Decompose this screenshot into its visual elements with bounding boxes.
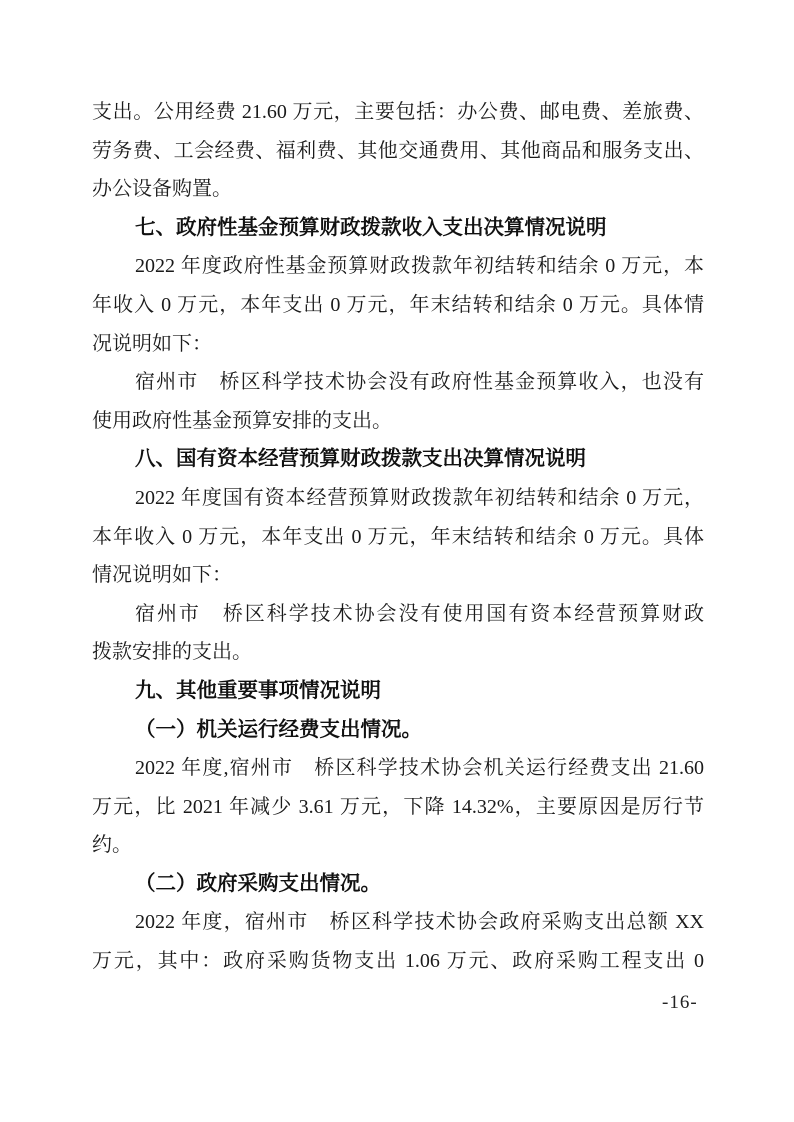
- para-statecapital-summary-line-3: 情况说明如下：: [92, 556, 704, 595]
- heading-section-9: 九、其他重要事项情况说明: [92, 672, 704, 711]
- document-page: 支出。公用经费 21.60 万元，主要包括：办公费、邮电费、差旅费、劳务费、工会…: [0, 0, 794, 1122]
- para-procurement-line-2: 万元，其中：政府采购货物支出 1.06 万元、政府采购工程支出 0: [92, 942, 704, 981]
- para-public-expense-line-1: 支出。公用经费 21.60 万元，主要包括：办公费、邮电费、差旅费、: [92, 93, 704, 132]
- heading-section-9-2: （二）政府采购支出情况。: [92, 865, 704, 904]
- para-operating-expense-line-3: 约。: [92, 826, 704, 865]
- para-procurement-line-1: 2022 年度，宿州市 桥区科学技术协会政府采购支出总额 XX: [92, 903, 704, 942]
- para-statecapital-note-line-1: 宿州市 桥区科学技术协会没有使用国有资本经营预算财政: [92, 595, 704, 634]
- para-operating-expense-line-1: 2022 年度,宿州市 桥区科学技术协会机关运行经费支出 21.60: [92, 749, 704, 788]
- para-statecapital-note-line-2: 拨款安排的支出。: [92, 633, 704, 672]
- heading-section-7: 七、政府性基金预算财政拨款收入支出决算情况说明: [92, 209, 704, 248]
- para-public-expense-line-3: 办公设备购置。: [92, 170, 704, 209]
- heading-section-8: 八、国有资本经营预算财政拨款支出决算情况说明: [92, 440, 704, 479]
- para-govfund-summary-line-1: 2022 年度政府性基金预算财政拨款年初结转和结余 0 万元，本: [92, 247, 704, 286]
- page-number: -16-: [662, 992, 698, 1014]
- para-operating-expense-line-2: 万元，比 2021 年减少 3.61 万元，下降 14.32%，主要原因是厉行节: [92, 788, 704, 827]
- para-govfund-summary-line-3: 况说明如下：: [92, 325, 704, 364]
- para-statecapital-summary-line-2: 本年收入 0 万元，本年支出 0 万元，年末结转和结余 0 万元。具体: [92, 518, 704, 557]
- para-public-expense-line-2: 劳务费、工会经费、福利费、其他交通费用、其他商品和服务支出、: [92, 132, 704, 171]
- para-govfund-summary-line-2: 年收入 0 万元，本年支出 0 万元，年末结转和结余 0 万元。具体情: [92, 286, 704, 325]
- para-govfund-note-line-1: 宿州市 桥区科学技术协会没有政府性基金预算收入，也没有: [92, 363, 704, 402]
- heading-section-9-1: （一）机关运行经费支出情况。: [92, 711, 704, 750]
- para-statecapital-summary-line-1: 2022 年度国有资本经营预算财政拨款年初结转和结余 0 万元，: [92, 479, 704, 518]
- document-body: 支出。公用经费 21.60 万元，主要包括：办公费、邮电费、差旅费、劳务费、工会…: [92, 93, 704, 981]
- para-govfund-note-line-2: 使用政府性基金预算安排的支出。: [92, 402, 704, 441]
